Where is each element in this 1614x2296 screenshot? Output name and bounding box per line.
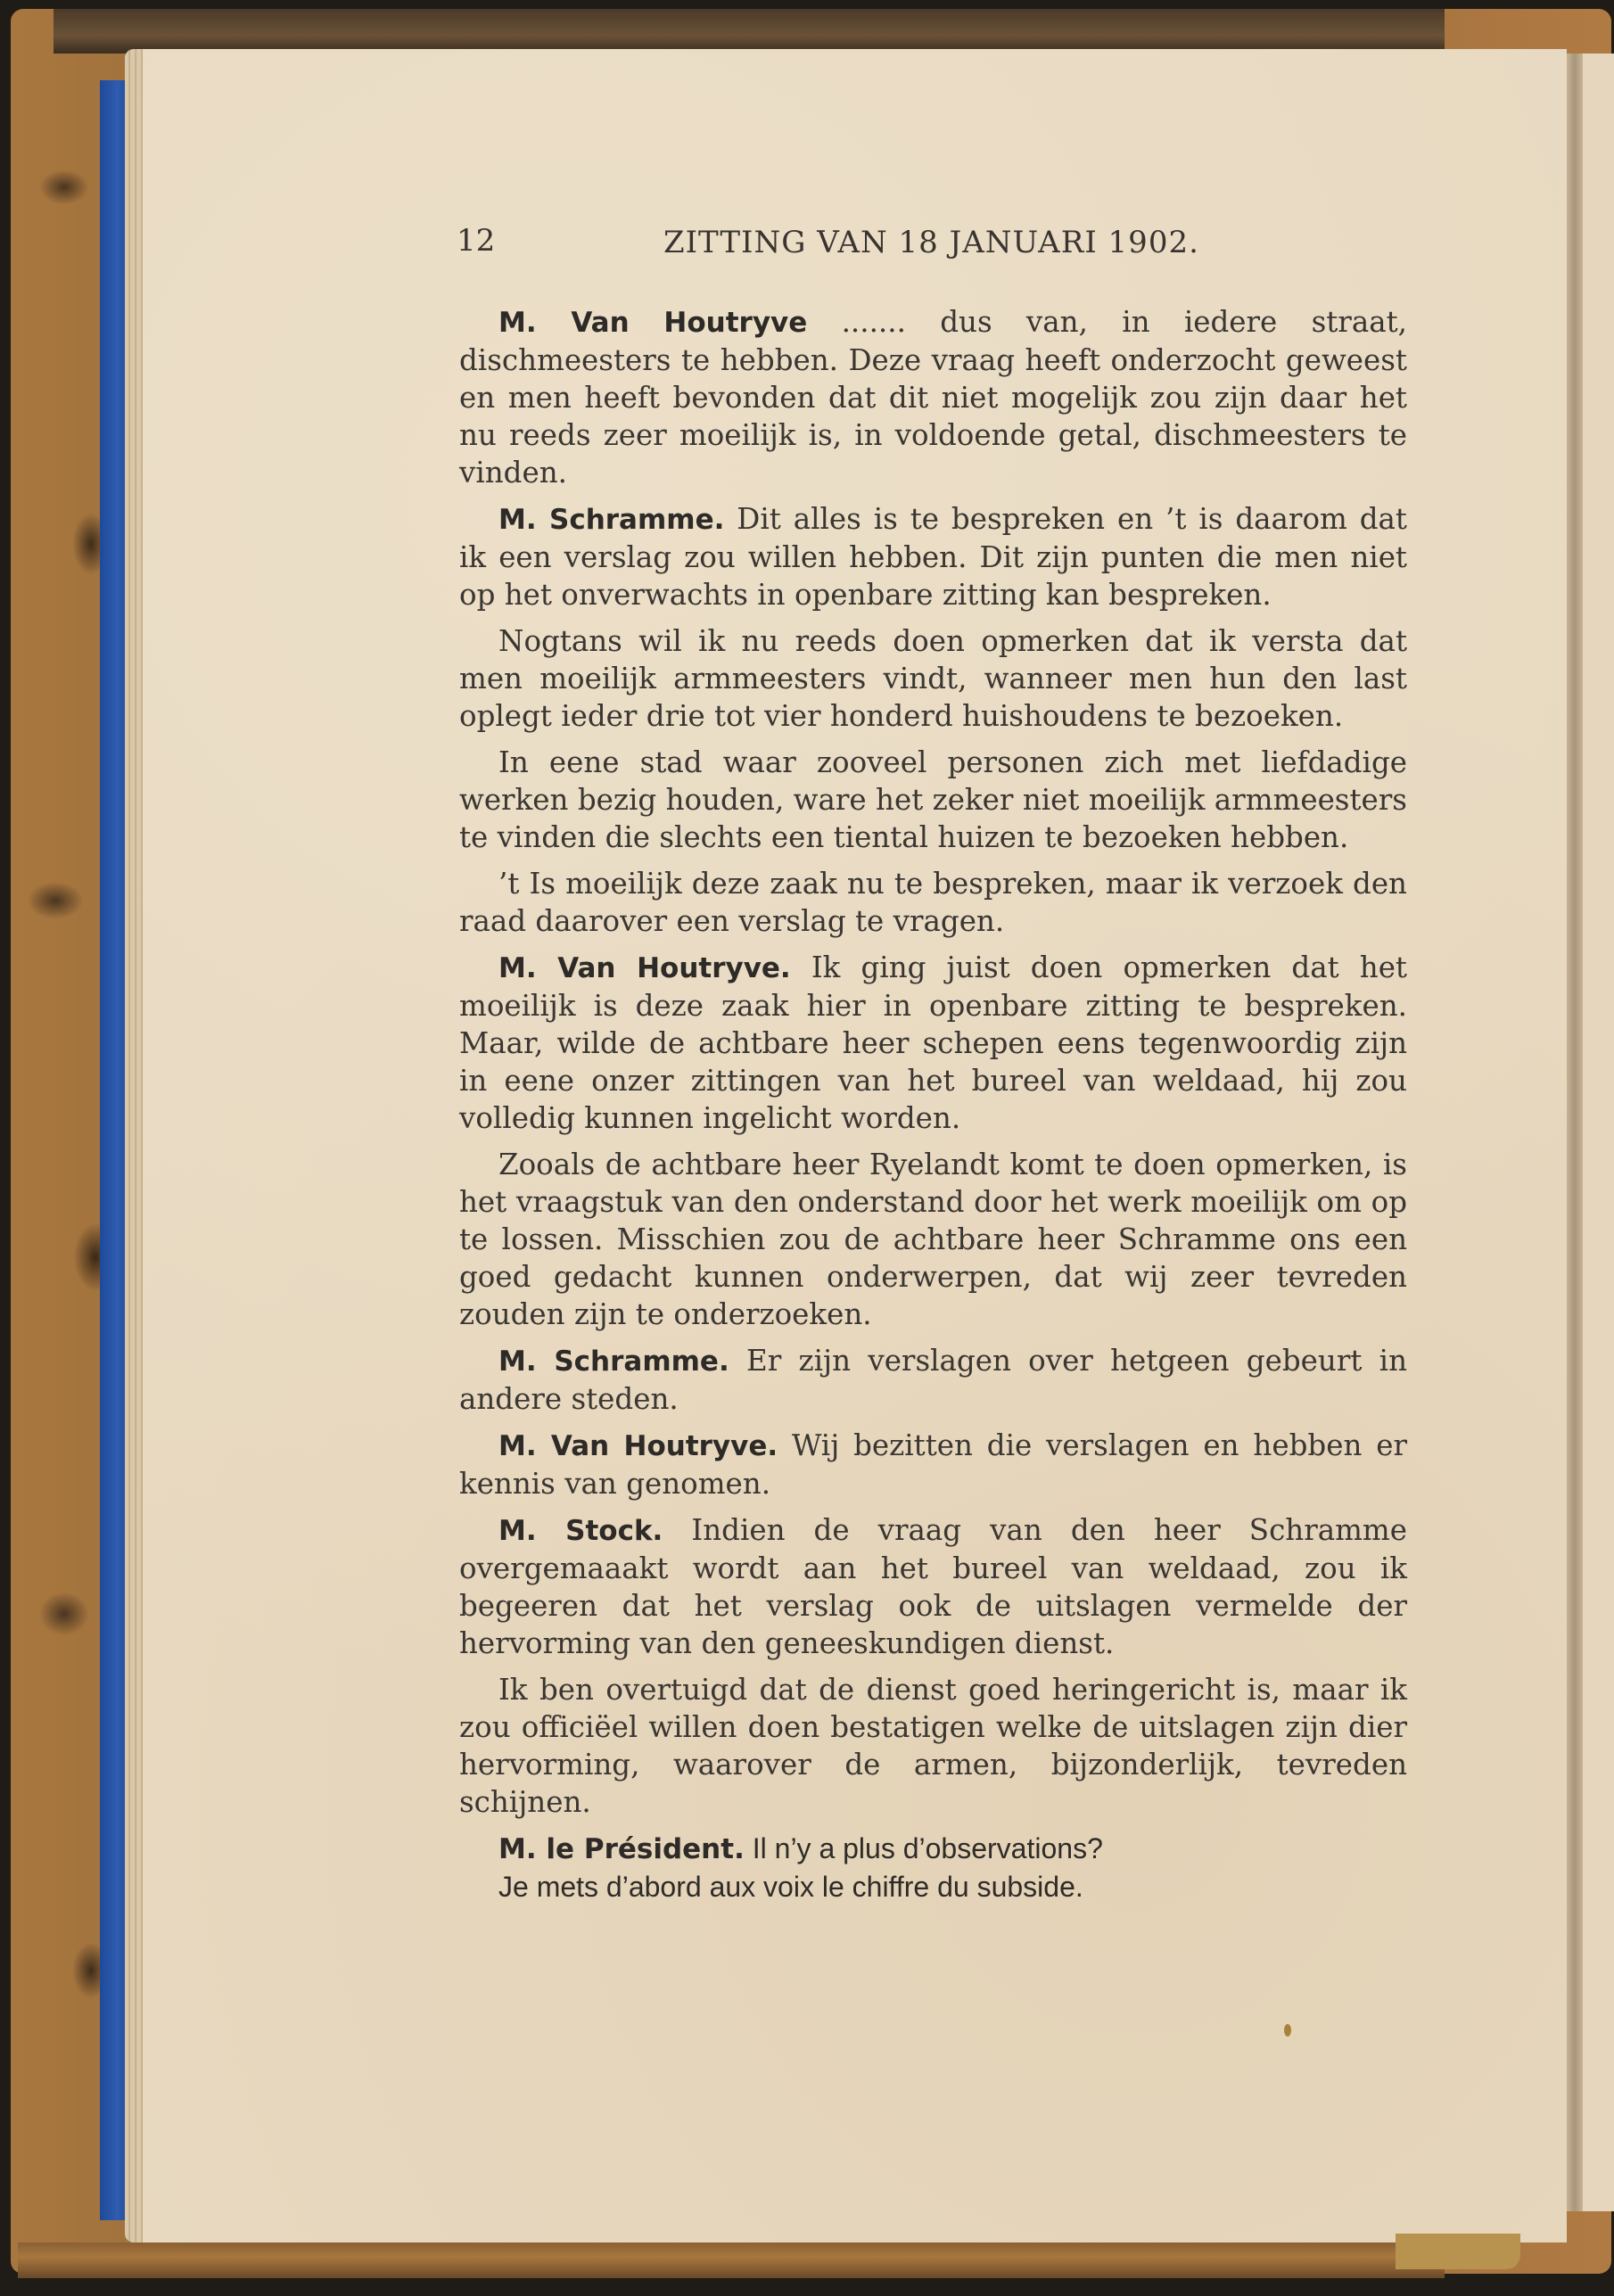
speaker-name: M. le Président.	[498, 1833, 745, 1865]
page-gutter-shadow	[1567, 53, 1583, 2211]
ink-spot	[1284, 2024, 1291, 2037]
speaker-name: M. Schramme.	[498, 504, 724, 536]
paragraph-text: Ik ben overtuigd dat de dienst goed heri…	[459, 1673, 1407, 1819]
book-cover-top-edge	[54, 9, 1445, 53]
speaker-name: M. Schramme.	[498, 1346, 729, 1378]
paragraph: M. Schramme. Dit alles is te bespreken e…	[459, 500, 1407, 613]
paragraph: ’t Is moeilijk deze zaak nu te bespreken…	[459, 865, 1407, 940]
paragraph-french: Je mets d’abord aux voix le chiffre du s…	[459, 1868, 1407, 1905]
running-header: 12 ZITTING VAN 18 JANUARI 1902.	[457, 223, 1407, 267]
paragraph-french: M. le Président. Il n’y a plus d’observa…	[459, 1830, 1407, 1868]
speaker-name: M. Van Houtryve.	[498, 1430, 778, 1462]
facing-page-edge	[1583, 53, 1614, 2211]
paragraph: Ik ben overtuigd dat de dienst goed heri…	[459, 1671, 1407, 1821]
paragraph-text: In eene stad waar zooveel personen zich …	[459, 745, 1407, 854]
page-number: 12	[457, 223, 495, 259]
speaker-name: M. Stock.	[498, 1515, 663, 1547]
paragraph-text: Je mets d’abord aux voix le chiffre du s…	[498, 1871, 1083, 1903]
paragraph-text: Il n’y a plus d’observations?	[745, 1832, 1103, 1864]
paragraph: M. Van Houtryve. Wij bezitten die versla…	[459, 1427, 1407, 1502]
paragraph: M. Van Houtryve ....... dus van, in iede…	[459, 303, 1407, 491]
paragraph: M. Stock. Indien de vraag van den heer S…	[459, 1511, 1407, 1662]
gilded-page-corner	[1396, 2234, 1520, 2269]
book-cover-bottom-edge	[18, 2243, 1445, 2278]
paragraph-text: Nogtans wil ik nu reeds doen opmerken da…	[459, 624, 1407, 733]
paragraph-text: Zooals de achtbare heer Ryelandt komt te…	[459, 1148, 1407, 1331]
paragraph: In eene stad waar zooveel personen zich …	[459, 744, 1407, 856]
paragraph: Nogtans wil ik nu reeds doen opmerken da…	[459, 622, 1407, 735]
paragraph: Zooals de achtbare heer Ryelandt komt te…	[459, 1146, 1407, 1333]
body-text: M. Van Houtryve ....... dus van, in iede…	[459, 303, 1407, 1905]
paragraph-text: ’t Is moeilijk deze zaak nu te bespreken…	[459, 867, 1407, 938]
paragraph: M. Schramme. Er zijn verslagen over hetg…	[459, 1342, 1407, 1418]
paragraph: M. Van Houtryve. Ik ging juist doen opme…	[459, 949, 1407, 1137]
speaker-name: M. Van Houtryve.	[498, 952, 791, 984]
speaker-name: M. Van Houtryve	[498, 307, 807, 339]
running-title: ZITTING VAN 18 JANUARI 1902.	[663, 225, 1199, 260]
